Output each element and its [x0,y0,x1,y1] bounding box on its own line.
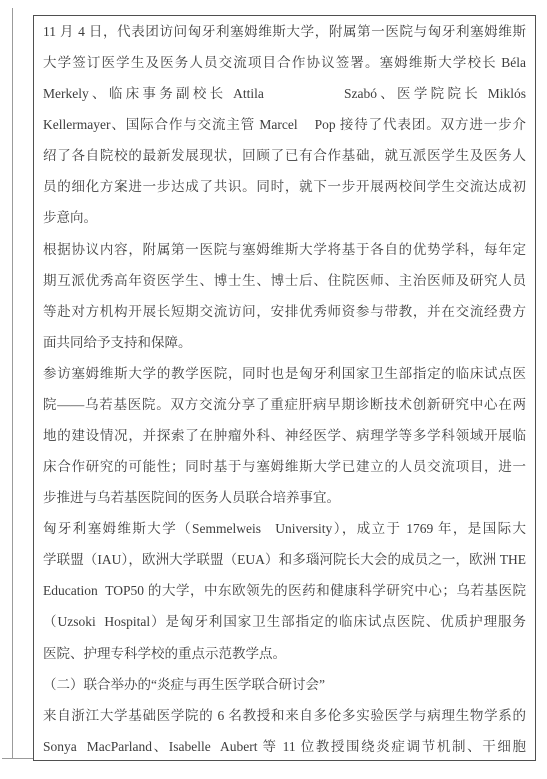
table-left-rule [12,8,13,759]
text-line: 员的细化方案进一步达成了共识。同时，就下一步开展两校间学生交流达成初 [43,171,526,202]
paragraph: （二）联合举办的“炎症与再生医学联合研讨会” [43,669,526,700]
text-line: 匈牙利塞姆维斯大学（Semmelweis University），成立于 176… [43,513,526,544]
text-line: 根据协议内容，附属第一医院与塞姆维斯大学将基于各自的优势学科，每年定 [43,234,526,265]
text-line: 期互派优秀高年资医学生、博士生、博士后、住院医师、主治医师及研究人员 [43,265,526,296]
text-line: 步意向。 [43,202,526,233]
text-line: 等赴对方机构开展长短期交流访问，安排优秀师资参与带教，并在交流经费方 [43,296,526,327]
document-page: 11 月 4 日，代表团访问匈牙利塞姆维斯大学，附属第一医院与匈牙利塞姆维斯大学… [0,0,547,779]
text-line: 面共同给予支持和保障。 [43,327,526,358]
text-line: Kellermayer、国际合作与交流主管 Marcel Pop 接待了代表团。… [43,109,526,140]
text-line: 参访塞姆维斯大学的教学医院，同时也是匈牙利国家卫生部指定的临床试点医 [43,358,526,389]
paragraph: 参访塞姆维斯大学的教学医院，同时也是匈牙利国家卫生部指定的临床试点医院——乌若基… [43,358,526,513]
text-line: Sonya MacParland、Isabelle Aubert 等 11 位教… [43,731,526,761]
text-line: Merkely、临床事务副校长 Attila Szabó、医学院院长 Mikló… [43,78,526,109]
paragraph: 根据协议内容，附属第一医院与塞姆维斯大学将基于各自的优势学科，每年定期互派优秀高… [43,234,526,358]
text-line: 地的建设情况，并探索了在肿瘤外科、神经医学、病理学等多学科领域开展临 [43,420,526,451]
text-line: Education TOP50 的大学，中东欧领先的医药和健康科学研究中心；乌若… [43,575,526,606]
text-line: 医院、护理专科学校的重点示范教学点。 [43,638,526,669]
paragraph: 来自浙江大学基础医学院的 6 名教授和来自多伦多实验医学与病理生物学系的Sony… [43,700,526,761]
text-line: （二）联合举办的“炎症与再生医学联合研讨会” [43,669,526,700]
text-line: 院——乌若基医院。双方交流分享了重症肝病早期诊断技术创新研究中心在两 [43,389,526,420]
text-line: 绍了各自院校的最新发展现状，回顾了已有合作基础，就互派医学生及医务人 [43,140,526,171]
text-line: 步推进与乌若基医院间的医务人员联合培养事宜。 [43,482,526,513]
document-cell: 11 月 4 日，代表团访问匈牙利塞姆维斯大学，附属第一医院与匈牙利塞姆维斯大学… [33,15,536,761]
text-line: 11 月 4 日，代表团访问匈牙利塞姆维斯大学，附属第一医院与匈牙利塞姆维斯 [43,16,526,47]
text-line: 大学签订医学生及医务人员交流项目合作协议签署。塞姆维斯大学校长 Béla [43,47,526,78]
table-left-rule-foot [2,758,33,759]
paragraph: 11 月 4 日，代表团访问匈牙利塞姆维斯大学，附属第一医院与匈牙利塞姆维斯大学… [43,16,526,234]
text-line: 学联盟（IAU），欧洲大学联盟（EUA）和多瑙河院长大会的成员之一，欧洲 THE [43,544,526,575]
paragraph: 匈牙利塞姆维斯大学（Semmelweis University），成立于 176… [43,513,526,668]
text-line: （Uzsoki Hospital）是匈牙利国家卫生部指定的临床试点医院、优质护理… [43,606,526,637]
text-line: 来自浙江大学基础医学院的 6 名教授和来自多伦多实验医学与病理生物学系的 [43,700,526,731]
text-line: 床合作研究的可能性；同时基于与塞姆维斯大学已建立的人员交流项目，进一 [43,451,526,482]
